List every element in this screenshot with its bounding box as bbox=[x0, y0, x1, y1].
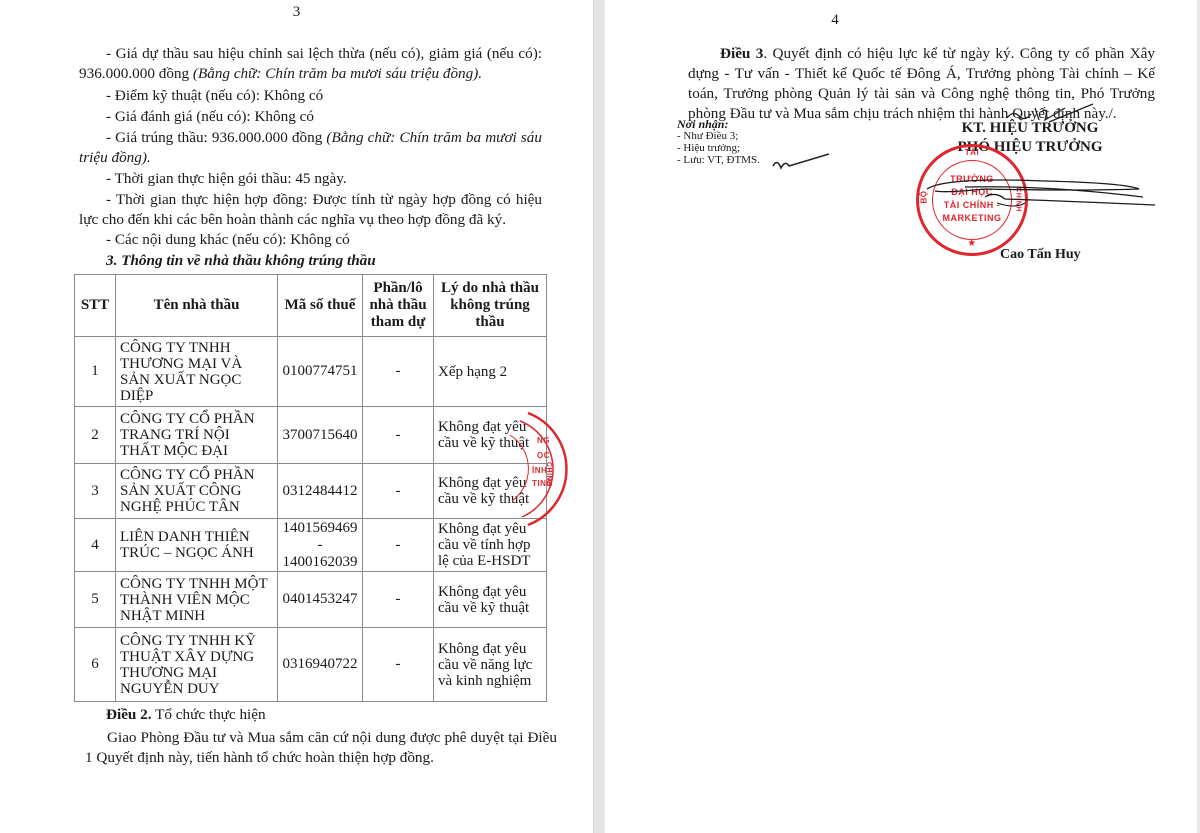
table-header-row: STT Tên nhà thầu Mã số thuế Phần/lô nhà … bbox=[75, 275, 547, 337]
document-page-3: 3 - Giá dự thầu sau hiệu chỉnh sai lệch … bbox=[0, 0, 593, 833]
cell-lot: - bbox=[363, 407, 434, 464]
cell-bidder-name: LIÊN DANH THIÊN TRÚC – NGỌC ÁNH bbox=[116, 519, 278, 572]
header-lot: Phần/lô nhà thầu tham dự bbox=[363, 275, 434, 337]
cell-lot: - bbox=[363, 464, 434, 519]
document-page-4: 4 Điều 3. Quyết định có hiệu lực kể từ n… bbox=[605, 0, 1197, 833]
page-gutter bbox=[593, 0, 605, 833]
cell-tax-code: 3700715640 bbox=[278, 407, 363, 464]
cell-stt: 5 bbox=[75, 572, 116, 628]
article-2-heading: Điều 2. Tổ chức thực hiện bbox=[106, 705, 266, 725]
cell-bidder-name: CÔNG TY CỔ PHẦN TRANG TRÍ NỘI THẤT MỘC Đ… bbox=[116, 407, 278, 464]
cell-tax-code: 0100774751 bbox=[278, 337, 363, 407]
winning-price: - Giá trúng thầu: 936.000.000 đồng (Bằng… bbox=[79, 128, 542, 168]
cell-lot: - bbox=[363, 628, 434, 702]
signer-name: Cao Tấn Huy bbox=[1000, 247, 1081, 263]
technical-score: - Điểm kỹ thuật (nếu có): Không có bbox=[106, 86, 323, 106]
losing-bidders-table: STT Tên nhà thầu Mã số thuế Phần/lô nhà … bbox=[74, 274, 547, 702]
cell-stt: 1 bbox=[75, 337, 116, 407]
cell-reason: Xếp hạng 2 bbox=[434, 337, 547, 407]
recipient-item: - Như Điều 3; bbox=[677, 130, 760, 142]
table-row: 6CÔNG TY TNHH KỸ THUẬT XÂY DỰNG THƯƠNG M… bbox=[75, 628, 547, 702]
header-stt: STT bbox=[75, 275, 116, 337]
cell-tax-code: 0401453247 bbox=[278, 572, 363, 628]
cell-lot: - bbox=[363, 337, 434, 407]
header-reason: Lý do nhà thầu không trúng thầu bbox=[434, 275, 547, 337]
page-number: 4 bbox=[605, 12, 1065, 29]
article-2-body: Giao Phòng Đầu tư và Mua sắm căn cứ nội … bbox=[85, 728, 557, 768]
header-tax-code: Mã số thuế bbox=[278, 275, 363, 337]
recipient-item: - Hiệu trưởng; bbox=[677, 142, 760, 154]
table-row: 1CÔNG TY TNHH THƯƠNG MẠI VÀ SẢN XUẤT NGỌ… bbox=[75, 337, 547, 407]
stamp-fragment-text-1: NG bbox=[537, 436, 550, 445]
recipient-item: - Lưu: VT, ĐTMS. bbox=[677, 154, 760, 166]
initials-mark-icon bbox=[771, 152, 831, 174]
table-row: 2CÔNG TY CỔ PHẦN TRANG TRÍ NỘI THẤT MỘC … bbox=[75, 407, 547, 464]
package-duration: - Thời gian thực hiện gói thầu: 45 ngày. bbox=[106, 169, 347, 189]
section-heading-losing-bidders: 3. Thông tin về nhà thầu không trúng thầ… bbox=[106, 251, 376, 271]
cell-stt: 2 bbox=[75, 407, 116, 464]
cell-bidder-name: CÔNG TY TNHH THƯƠNG MẠI VÀ SẢN XUẤT NGỌC… bbox=[116, 337, 278, 407]
seal-star-icon: ★ bbox=[962, 238, 982, 249]
cell-stt: 6 bbox=[75, 628, 116, 702]
cell-bidder-name: CÔNG TY CỔ PHẦN SẢN XUẤT CÔNG NGHỆ PHÚC … bbox=[116, 464, 278, 519]
header-bidder-name: Tên nhà thầu bbox=[116, 275, 278, 337]
recipients-block: Nơi nhận: - Như Điều 3; - Hiệu trưởng; -… bbox=[677, 118, 760, 166]
cell-tax-code: 0312484412 bbox=[278, 464, 363, 519]
cell-reason: Không đạt yêu cầu về năng lực và kinh ng… bbox=[434, 628, 547, 702]
stamp-fragment-text-2: ỌC bbox=[537, 451, 550, 460]
handwritten-signature-icon bbox=[925, 175, 1165, 225]
bid-price-adjusted: - Giá dự thầu sau hiệu chỉnh sai lệch th… bbox=[79, 44, 542, 84]
page-number: 3 bbox=[0, 4, 593, 21]
cell-stt: 4 bbox=[75, 519, 116, 572]
recipients-heading: Nơi nhận: bbox=[677, 118, 760, 130]
cell-reason: Không đạt yêu cầu về kỹ thuật bbox=[434, 572, 547, 628]
cell-tax-code: 1401569469-1400162039 bbox=[278, 519, 363, 572]
cell-bidder-name: CÔNG TY TNHH MỘT THÀNH VIÊN MỘC NHẬT MIN… bbox=[116, 572, 278, 628]
table-row: 4LIÊN DANH THIÊN TRÚC – NGỌC ÁNH14015694… bbox=[75, 519, 547, 572]
cell-lot: - bbox=[363, 519, 434, 572]
cell-bidder-name: CÔNG TY TNHH KỸ THUẬT XÂY DỰNG THƯƠNG MẠ… bbox=[116, 628, 278, 702]
table-row: 5CÔNG TY TNHH MỘT THÀNH VIÊN MỘC NHẬT MI… bbox=[75, 572, 547, 628]
contract-duration: - Thời gian thực hiện hợp đồng: Được tín… bbox=[79, 190, 542, 230]
stamp-fragment-text-5: CHÍNH bbox=[545, 462, 552, 487]
cell-stt: 3 bbox=[75, 464, 116, 519]
seal-top-text: TÀI bbox=[962, 148, 982, 157]
table-row: 3CÔNG TY CỔ PHẦN SẢN XUẤT CÔNG NGHỆ PHÚC… bbox=[75, 464, 547, 519]
other-content: - Các nội dung khác (nếu có): Không có bbox=[106, 230, 350, 250]
evaluated-price: - Giá đánh giá (nếu có): Không có bbox=[106, 107, 314, 127]
cell-tax-code: 0316940722 bbox=[278, 628, 363, 702]
cell-lot: - bbox=[363, 572, 434, 628]
